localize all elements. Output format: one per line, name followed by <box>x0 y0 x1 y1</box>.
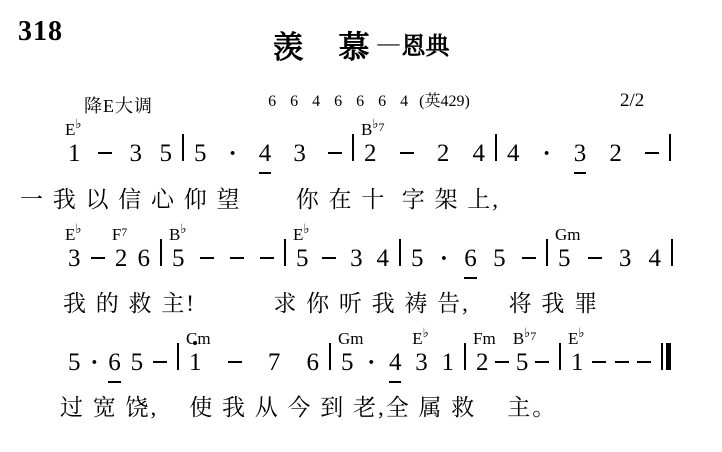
sustain-dash <box>592 361 606 363</box>
measure: Gm5·4E♭31 <box>331 348 464 383</box>
sustain-dash <box>615 361 629 363</box>
note-digit: 5 <box>558 244 571 274</box>
augmentation-dot: · <box>90 349 98 377</box>
chord-label: E♭ <box>568 326 585 347</box>
chord-label: E♭ <box>293 222 310 243</box>
chord-anchor: B♭72 <box>364 139 377 169</box>
sustain-dash <box>535 361 549 363</box>
note-digit: 6 <box>306 348 319 378</box>
chord-char: E <box>293 225 303 244</box>
chord-label: E♭ <box>412 326 429 347</box>
sustain-dash <box>200 257 214 259</box>
note-digit: 6 <box>137 244 150 274</box>
chord-label: B♭7 <box>361 117 384 138</box>
note-digit: 1 <box>571 348 584 378</box>
measure: B♭7224 <box>354 139 495 169</box>
chord-anchor: Gm5 <box>341 348 354 378</box>
note-digit: 4 <box>648 244 661 274</box>
flat-symbol: ♭ <box>75 116 81 131</box>
chord-char: 7 <box>530 329 536 343</box>
note-digit: 4 <box>259 139 272 174</box>
note-digit: 5 <box>172 244 185 274</box>
chord-anchor: E♭1 <box>571 348 584 378</box>
sustain-dash <box>322 257 336 259</box>
note-digit: 5 <box>493 244 506 274</box>
chord-label: Gm <box>555 226 581 243</box>
augmentation-dot: · <box>543 140 551 168</box>
lyrics-line-1: 一 我 以 信 心 仰 望 你 在 十 字 架 上, <box>20 181 500 214</box>
flat-symbol: ♭ <box>180 221 186 236</box>
flat-symbol: ♭ <box>423 325 429 340</box>
measure: E♭3F726 <box>58 244 160 274</box>
chord-char: E <box>65 120 75 139</box>
note-digit: 5 <box>194 139 207 169</box>
flat-symbol: ♭ <box>75 221 81 236</box>
time-signature: 2/2 <box>620 90 644 112</box>
sustain-dash <box>153 361 167 363</box>
note-digit: 6 <box>108 348 121 383</box>
measure: B♭5 <box>162 244 284 274</box>
chord-char: E <box>65 225 75 244</box>
chord-char: m <box>567 225 580 244</box>
chord-char: F <box>112 225 121 244</box>
note-digit: 3 <box>350 244 363 274</box>
note-digit: 5 <box>296 244 309 274</box>
chord-anchor: E♭1 <box>68 139 81 169</box>
chord-char: m <box>197 329 210 348</box>
chord-label: B♭7 <box>513 326 536 347</box>
augmentation-dot: · <box>229 140 237 168</box>
note-digit: 4 <box>376 244 389 274</box>
note-digit: 6 <box>464 244 477 279</box>
music-line-1: E♭135 5·43 B♭7224 4·32 <box>58 134 671 174</box>
chord-char: E <box>412 329 422 348</box>
song-subtitle: 恩典 <box>402 34 450 60</box>
chord-char: C <box>186 329 197 348</box>
chord-anchor: Fm2 <box>476 348 489 378</box>
chord-anchor: E♭5 <box>296 244 309 274</box>
note-digit: 7 <box>268 348 281 378</box>
chord-char: B <box>513 329 524 348</box>
note-digit: 5 <box>131 348 144 378</box>
chord-label: B♭ <box>169 222 186 243</box>
chord-anchor: B♭75 <box>516 348 529 378</box>
note-digit: 4 <box>507 139 520 169</box>
note-digit: 1 <box>189 348 202 378</box>
hymn-reference: (英429) <box>419 93 470 110</box>
title-row: 羡 慕—恩典 <box>0 22 722 67</box>
augmentation-dot: · <box>440 245 448 273</box>
lyrics-line-2: 我 的 救 主! 求 你 听 我 祷 告, 将 我 罪 <box>63 285 599 318</box>
sustain-dash <box>230 257 244 259</box>
final-barline <box>661 343 671 370</box>
sustain-dash <box>522 257 536 259</box>
note-digit: 3 <box>293 139 306 169</box>
measure: E♭534 <box>286 244 399 274</box>
chord-char: m <box>482 329 495 348</box>
chord-char: E <box>568 329 578 348</box>
measure: E♭135 <box>58 139 182 169</box>
key-signature: 降E大调 <box>84 92 153 118</box>
flat-symbol: ♭ <box>578 325 584 340</box>
note-digit: 2 <box>476 348 489 378</box>
meter-numbers: 6 6 4 6 6 6 4 <box>268 93 413 110</box>
sustain-dash <box>588 257 602 259</box>
note-digit: 3 <box>574 139 587 174</box>
sustain-dash <box>328 152 342 154</box>
note-digit: 3 <box>415 348 428 378</box>
measure: 5·65 <box>58 348 177 383</box>
hymn-sheet-page: 318 羡 慕—恩典 6 6 4 6 6 6 4(英429) 降E大调 2/2 … <box>0 0 722 452</box>
note-digit: 5 <box>516 348 529 378</box>
song-title: 羡 慕 <box>273 30 372 65</box>
chord-char: 7 <box>121 225 127 239</box>
chord-char: B <box>361 120 372 139</box>
measure: Gm534 <box>548 244 671 274</box>
chord-anchor: E♭3 <box>415 348 428 378</box>
measure: 5·43 <box>184 139 352 174</box>
chord-char: 7 <box>378 120 384 134</box>
music-line-2: E♭3F726 B♭5 E♭534 5·65 Gm534 <box>58 239 673 279</box>
chord-char: m <box>350 329 363 348</box>
sustain-dash <box>98 152 112 154</box>
chord-char: G <box>338 329 350 348</box>
note-digit: 2 <box>115 244 128 274</box>
note-digit: 5 <box>68 348 81 378</box>
measure: Cm176 <box>179 348 329 378</box>
flat-symbol: ♭ <box>303 221 309 236</box>
note-digit: 5 <box>160 139 173 169</box>
note-digit: 2 <box>364 139 377 169</box>
chord-anchor: Gm5 <box>558 244 571 274</box>
chord-label: E♭ <box>65 117 82 138</box>
note-digit: 4 <box>472 139 485 169</box>
note-digit: 1 <box>68 139 81 169</box>
chord-anchor: F72 <box>115 244 128 274</box>
chord-label: F7 <box>112 226 127 243</box>
sustain-dash <box>645 152 659 154</box>
measure: E♭1 <box>561 348 661 378</box>
barline <box>669 134 671 161</box>
measure: 5·65 <box>401 244 546 279</box>
chord-anchor: E♭3 <box>68 244 81 274</box>
sustain-dash <box>495 361 509 363</box>
chord-anchor: Cm1 <box>189 348 202 378</box>
chord-anchor: B♭5 <box>172 244 185 274</box>
barline <box>671 239 673 266</box>
note-digit: 3 <box>619 244 632 274</box>
chord-label: Gm <box>338 330 364 347</box>
note-digit: 5 <box>411 244 424 274</box>
final-barline-thin <box>661 343 663 370</box>
note-digit: 1 <box>441 348 454 378</box>
measure: Fm2B♭75 <box>466 348 559 378</box>
title-dash: — <box>378 30 400 55</box>
sustain-dash <box>260 257 274 259</box>
measure: 4·32 <box>497 139 669 174</box>
chord-label: E♭ <box>65 222 82 243</box>
chord-char: B <box>169 225 180 244</box>
sustain-dash <box>637 361 651 363</box>
note-digit: 2 <box>437 139 450 169</box>
music-line-3: 5·65 Cm176 Gm5·4E♭31 Fm2B♭75 E♭1 <box>58 343 671 383</box>
note-digit: 2 <box>609 139 622 169</box>
chord-char: G <box>555 225 567 244</box>
chord-label: Cm <box>186 330 211 347</box>
chord-label: Fm <box>473 330 496 347</box>
lyrics-line-3: 过 宽 饶, 使 我 从 今 到 老,全 属 救 主。 <box>60 389 557 422</box>
note-digit: 5 <box>341 348 354 378</box>
augmentation-dot: · <box>367 349 375 377</box>
note-digit: 3 <box>68 244 81 274</box>
sustain-dash <box>91 257 105 259</box>
note-digit: 3 <box>130 139 143 169</box>
sustain-dash <box>228 361 242 363</box>
sustain-dash <box>400 152 414 154</box>
final-barline-thick <box>666 343 671 370</box>
note-digit: 4 <box>389 348 402 383</box>
